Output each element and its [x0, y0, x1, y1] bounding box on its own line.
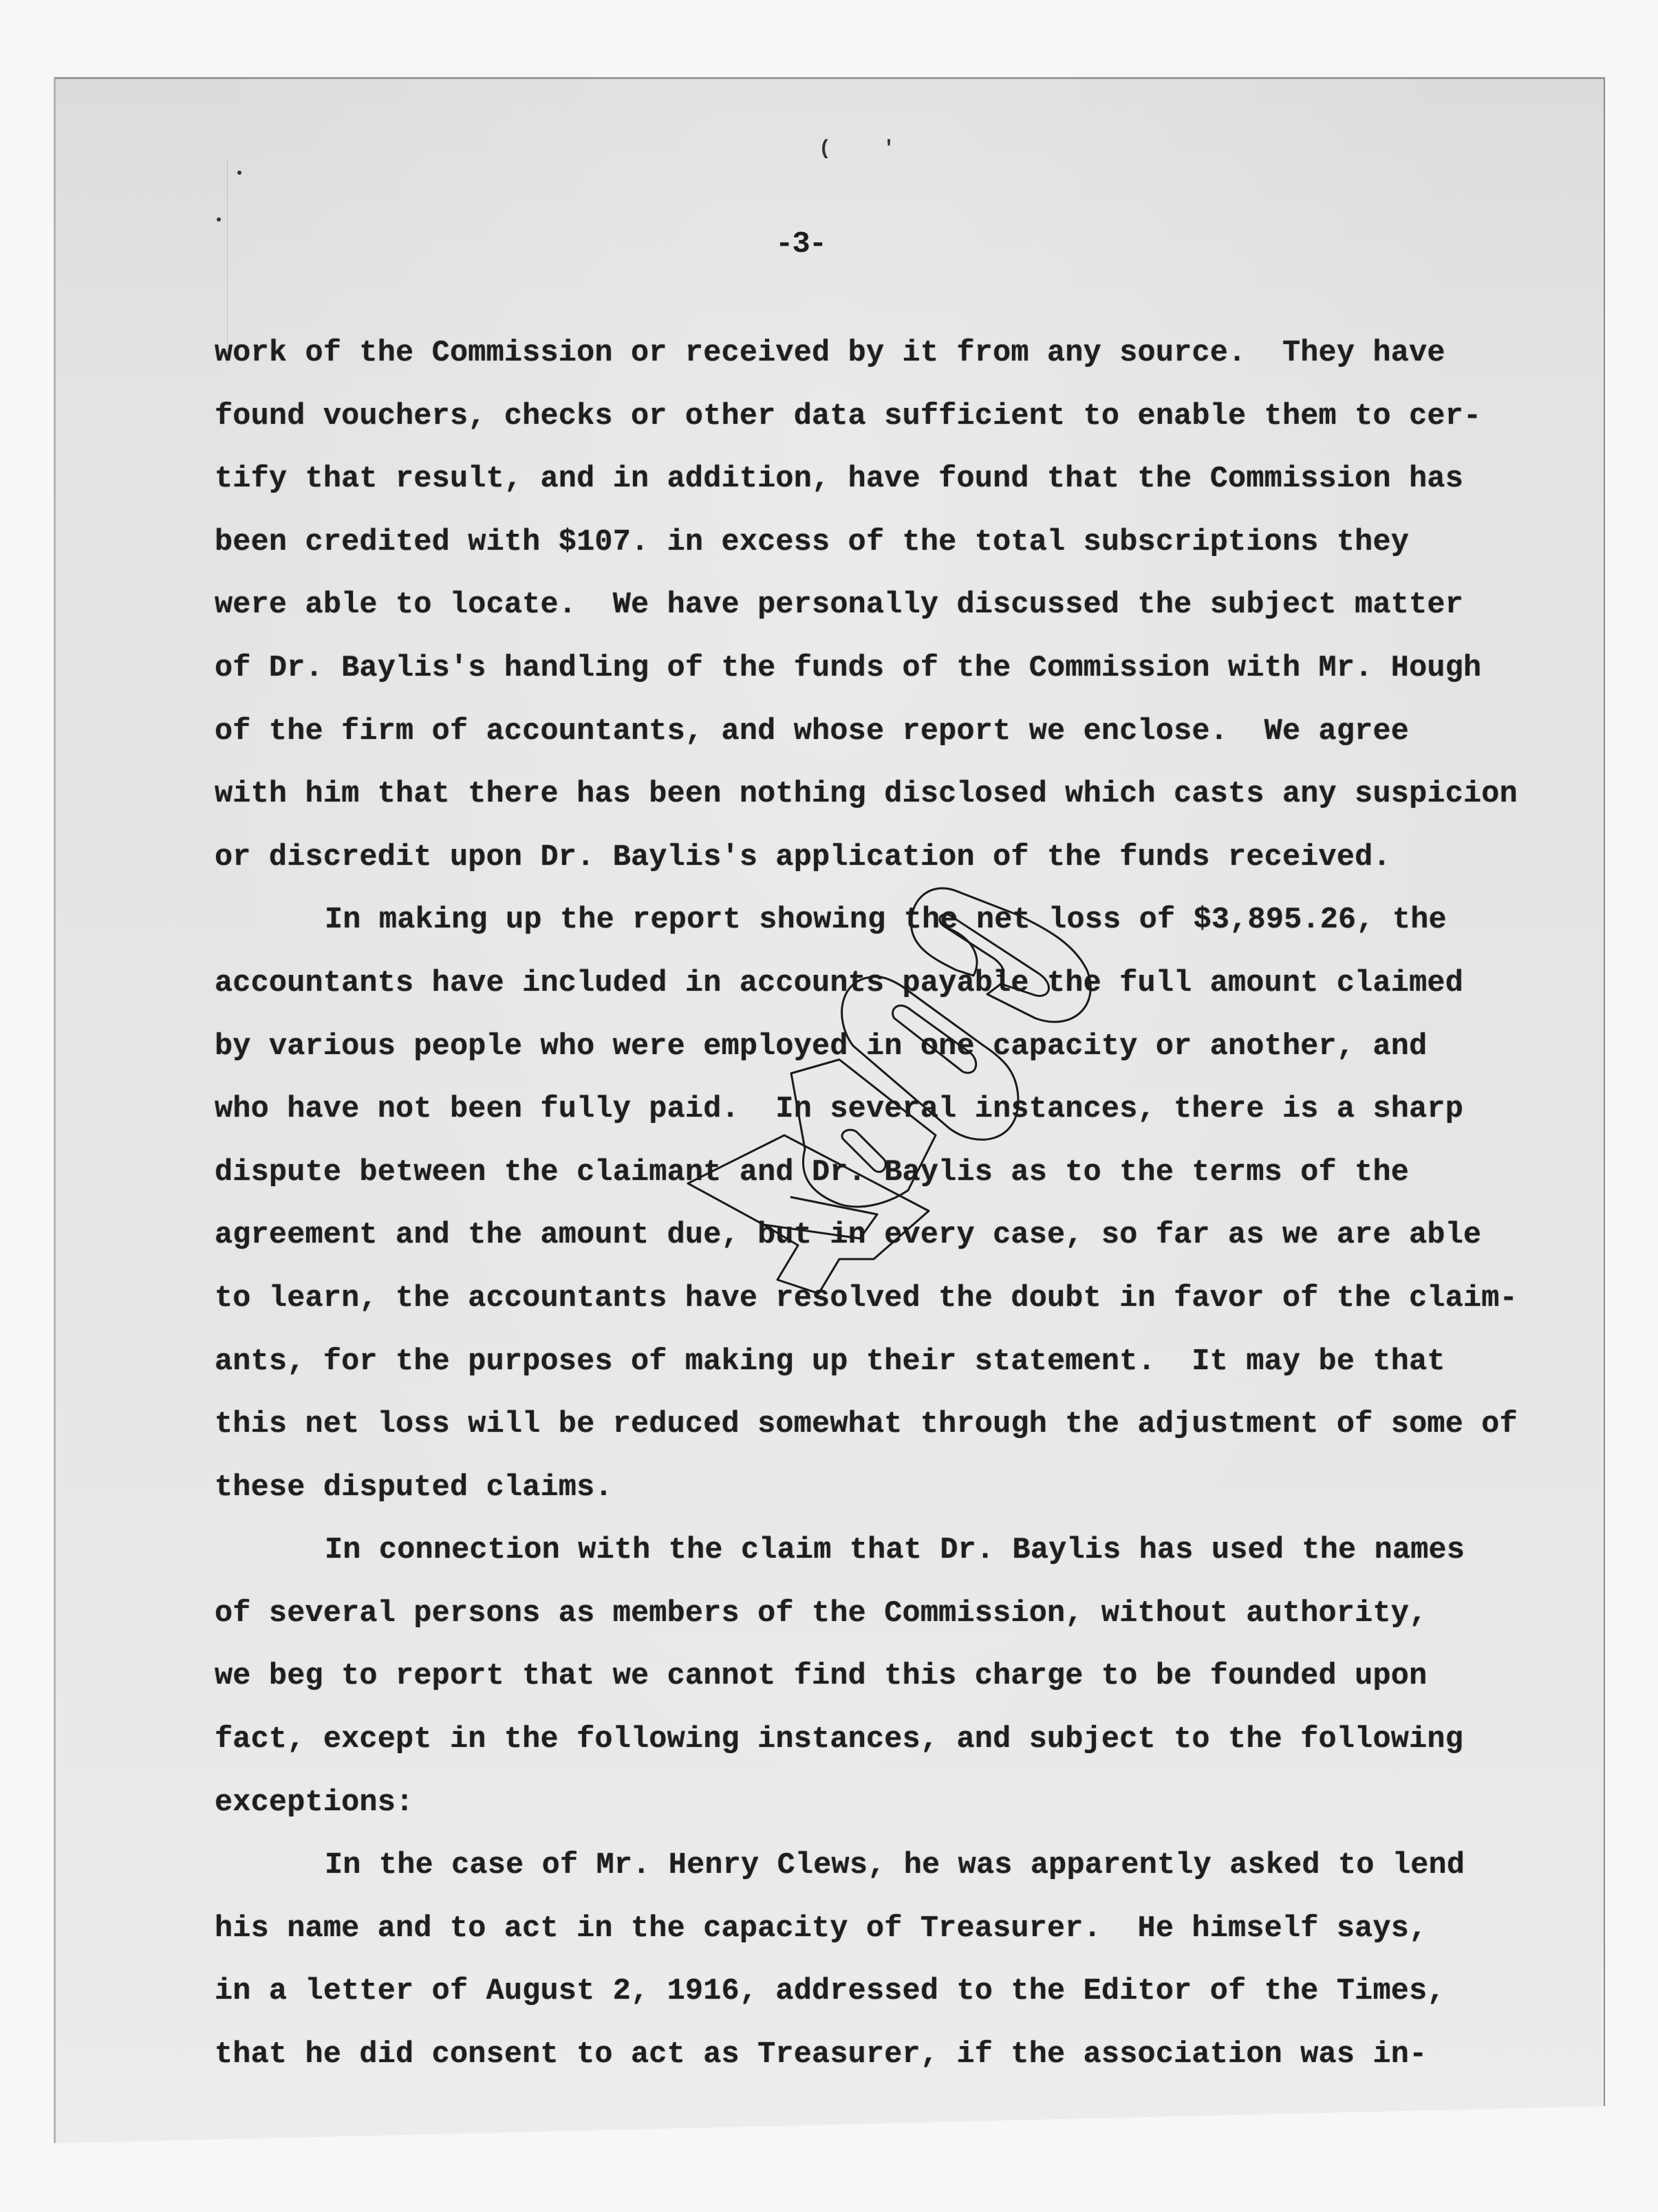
text-line: exceptions:: [215, 1772, 1577, 1835]
text-line: tify that result, and in addition, have …: [215, 448, 1577, 511]
text-line: or discredit upon Dr. Baylis's applicati…: [215, 826, 1577, 890]
text-line: in a letter of August 2, 1916, addressed…: [215, 1960, 1577, 2023]
text-line: dispute between the claimant and Dr. Bay…: [215, 1141, 1577, 1205]
paragraph: work of the Commission or received by it…: [215, 322, 1577, 889]
handwritten-mark-left: (: [819, 138, 831, 161]
text-line: this net loss will be reduced somewhat t…: [215, 1393, 1577, 1457]
handwritten-mark-right: ': [883, 138, 895, 161]
text-line: found vouchers, checks or other data suf…: [215, 385, 1577, 449]
document-body: work of the Commission or received by it…: [215, 322, 1577, 2087]
paragraph: In connection with the claim that Dr. Ba…: [215, 1519, 1577, 1834]
text-line: by various people who were employed in o…: [215, 1016, 1577, 1079]
text-line: In connection with the claim that Dr. Ba…: [215, 1519, 1577, 1582]
text-line: work of the Commission or received by it…: [215, 322, 1577, 385]
text-line: In making up the report showing the net …: [215, 889, 1577, 952]
margin-dot: [237, 171, 241, 175]
page-number: -3-: [775, 227, 826, 261]
text-line: his name and to act in the capacity of T…: [215, 1898, 1577, 1961]
margin-dot: [217, 217, 221, 222]
text-line: that he did consent to act as Treasurer,…: [215, 2023, 1577, 2087]
text-line: of Dr. Baylis's handling of the funds of…: [215, 637, 1577, 700]
text-line: who have not been fully paid. In several…: [215, 1078, 1577, 1141]
text-line: to learn, the accountants have resolved …: [215, 1267, 1577, 1331]
text-line: we beg to report that we cannot find thi…: [215, 1645, 1577, 1708]
text-line: In the case of Mr. Henry Clews, he was a…: [215, 1834, 1577, 1898]
text-line: agreement and the amount due, but in eve…: [215, 1204, 1577, 1267]
text-line: ants, for the purposes of making up thei…: [215, 1331, 1577, 1394]
paragraph: In making up the report showing the net …: [215, 889, 1577, 1519]
text-line: of several persons as members of the Com…: [215, 1582, 1577, 1646]
text-line: with him that there has been nothing dis…: [215, 763, 1577, 826]
text-line: accountants have included in accounts pa…: [215, 952, 1577, 1016]
text-line: were able to locate. We have personally …: [215, 574, 1577, 637]
text-line: these disputed claims.: [215, 1457, 1577, 1520]
text-line: of the firm of accountants, and whose re…: [215, 700, 1577, 764]
text-line: been credited with $107. in excess of th…: [215, 511, 1577, 575]
paragraph: In the case of Mr. Henry Clews, he was a…: [215, 1834, 1577, 2086]
text-line: fact, except in the following instances,…: [215, 1708, 1577, 1772]
